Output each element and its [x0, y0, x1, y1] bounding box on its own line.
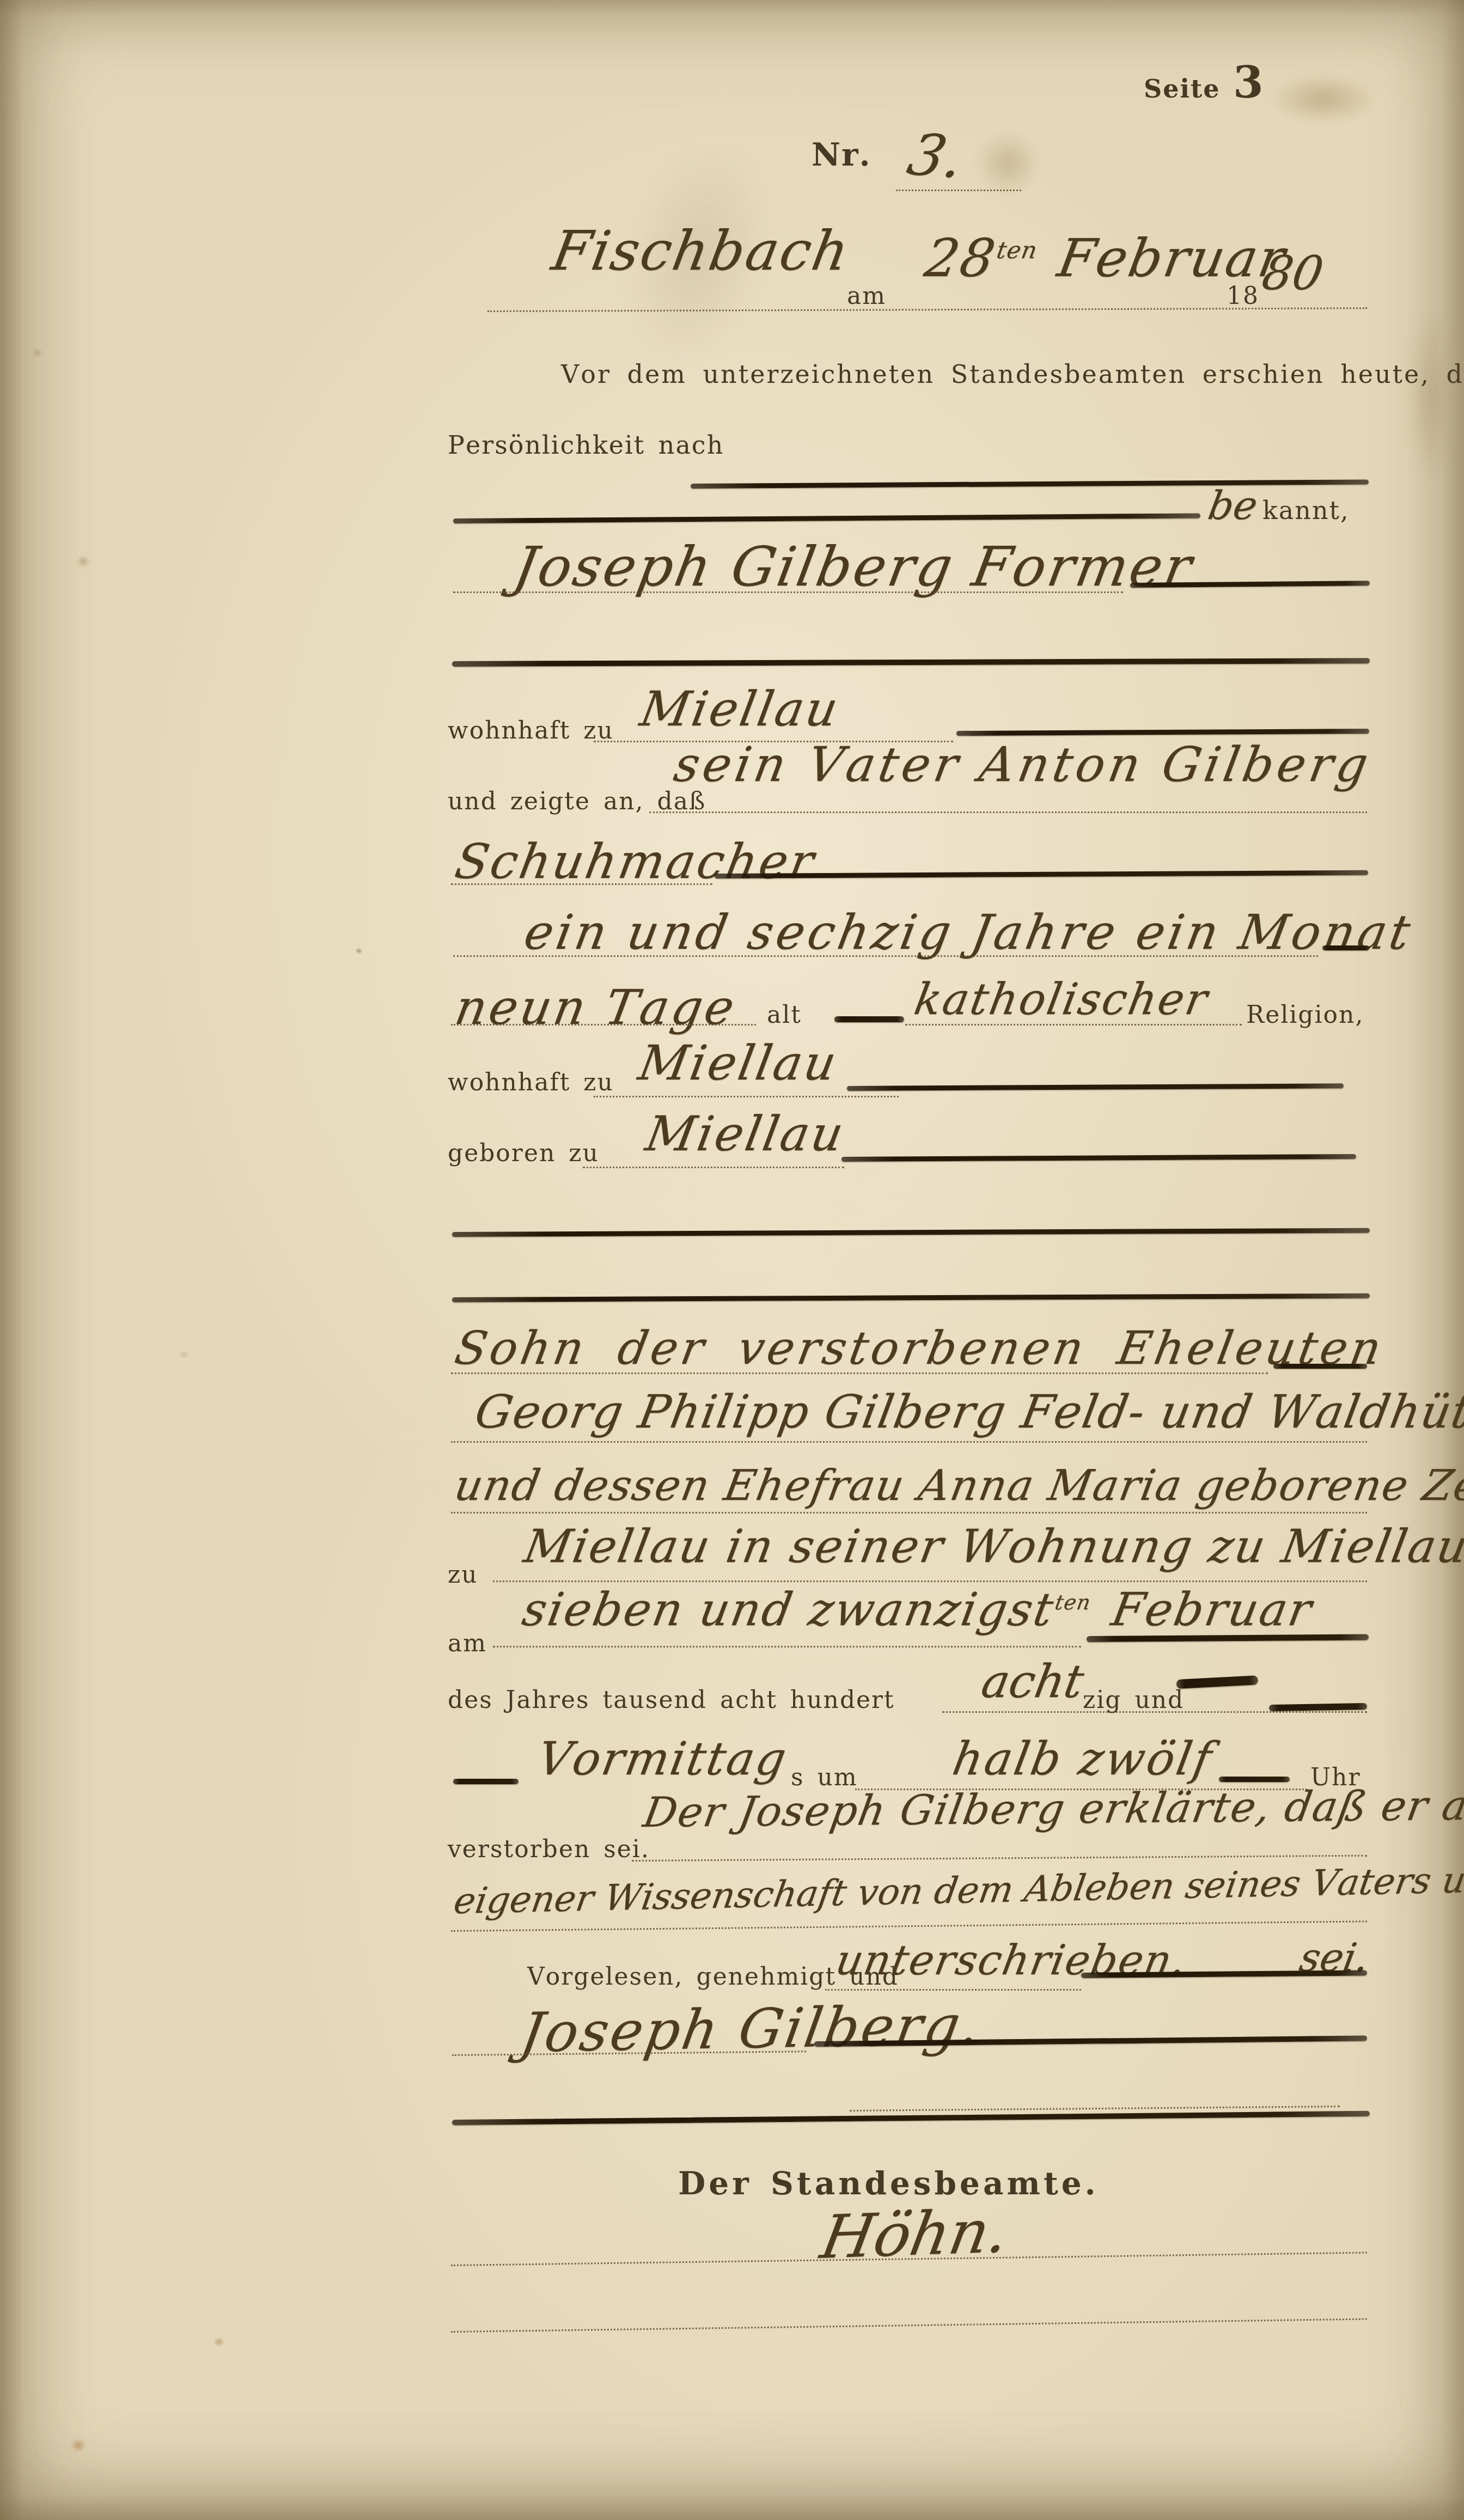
dotted-line: [453, 591, 1123, 593]
personality-label: Persönlichkeit nach: [448, 430, 724, 460]
deceased-occupation: Schuhmacher: [451, 833, 820, 889]
death-day-suffix: ten: [1053, 1590, 1093, 1614]
stain: [213, 2338, 224, 2346]
declarant-residence-value: Miellau: [636, 681, 844, 737]
dateline-day-suffix: ten: [995, 237, 1040, 264]
dotted-line: [451, 2318, 1367, 2333]
ink-stroke: [1087, 1634, 1369, 1642]
declarant-name: Joseph Gilberg Former: [509, 535, 1198, 599]
stain: [71, 2439, 86, 2452]
dateline-month: Februar: [1053, 228, 1291, 289]
rule-line: [452, 2111, 1370, 2125]
record-number-value: 3.: [901, 121, 971, 191]
year-handwritten: 80: [1258, 246, 1327, 301]
age-line1: ein und sechzig Jahre ein Monat: [520, 904, 1418, 960]
ink-stroke: [956, 729, 1369, 736]
ink-stroke: [1176, 1675, 1259, 1689]
ink-stroke: [453, 1779, 518, 1784]
record-number-label: Nr.: [812, 136, 871, 173]
dotted-line: [453, 955, 1318, 957]
ink-stroke: [1322, 945, 1369, 950]
dotted-line: [451, 1920, 1367, 1932]
dotted-line: [451, 1372, 1268, 1374]
registrar-signature: Höhn.: [816, 2196, 1014, 2272]
dotted-line: [594, 1096, 899, 1097]
dateline-place: Fischbach: [547, 219, 855, 283]
dateline-date: 28tenFebruar: [920, 228, 1291, 289]
death-time-value: halb zwölf: [949, 1732, 1217, 1785]
statement-line1: Der Joseph Gilberg erklärte, daß er aus: [640, 1780, 1464, 1836]
death-year-label: des Jahres tausend acht hundert: [448, 1686, 895, 1714]
dotted-line: [493, 1581, 1367, 1582]
death-daytime-value: Vormittag: [534, 1732, 792, 1785]
death-day-value: sieben und zwanzigst: [518, 1583, 1059, 1636]
death-place-value: Miellau in seiner Wohnung zu Miellau: [520, 1520, 1464, 1573]
deceased-residence-label: wohnhaft zu: [448, 1069, 614, 1096]
stain: [33, 349, 42, 357]
page-number: 3: [1233, 57, 1265, 108]
dotted-line: [493, 1646, 1081, 1648]
rule-line: [452, 1293, 1370, 1302]
dotted-line: [451, 883, 712, 885]
religion-label: Religion,: [1246, 1001, 1364, 1029]
declarant-residence-label: wohnhaft zu: [448, 717, 614, 745]
dotted-line: [451, 1441, 1367, 1443]
ink-stroke: [1219, 1777, 1290, 1782]
death-month-value: Februar: [1108, 1583, 1317, 1636]
death-date: sieben und zwanzigsttenFebruar: [518, 1583, 1317, 1636]
death-zu-label: zu: [448, 1561, 478, 1589]
parents-line3: und dessen Ehefrau Anna Maria geborene Z…: [451, 1461, 1464, 1510]
stain: [1269, 74, 1378, 125]
stain: [355, 948, 363, 954]
dotted-line: [905, 1024, 1242, 1026]
rule-line: [452, 658, 1370, 667]
age-line2: neun Tage: [451, 979, 741, 1035]
statement-line2: eigener Wissenschaft von dem Ableben sei…: [451, 1855, 1464, 1922]
death-decade-value: acht: [978, 1655, 1088, 1708]
dotted-line: [896, 190, 1021, 191]
dotted-line: [583, 1167, 844, 1168]
ink-stroke: [834, 1016, 904, 1022]
ink-stroke: [691, 479, 1369, 489]
stain: [1408, 305, 1451, 485]
dotted-line: [632, 1855, 1367, 1862]
rule-line: [452, 1228, 1370, 1237]
dotted-line: [942, 1711, 1367, 1713]
died-label: verstorben sei.: [448, 1835, 650, 1863]
ink-stroke: [847, 1083, 1344, 1091]
birthplace-label: geboren zu: [448, 1139, 599, 1167]
birthplace-value: Miellau: [642, 1106, 850, 1162]
dotted-line: [451, 1512, 1367, 1514]
parents-line2: Georg Philipp Gilberg Feld- und Waldhüte…: [471, 1385, 1464, 1438]
intro-line1: Vor dem unterzeichneten Standesbeamten e…: [561, 359, 1464, 389]
religion-value: katholischer: [911, 974, 1213, 1024]
parents-line1: Sohn der verstorbenen Eheleuten: [451, 1321, 1388, 1375]
ink-stroke: [453, 513, 1200, 523]
known-handwritten: be: [1205, 483, 1261, 528]
ink-stroke: [1269, 1703, 1367, 1711]
deceased-residence-value: Miellau: [635, 1035, 843, 1091]
stain: [180, 1351, 188, 1358]
dotted-line: [649, 811, 1367, 813]
death-decade-label: zig und: [1083, 1686, 1184, 1714]
ink-stroke: [1273, 1364, 1367, 1369]
year-printed-prefix: 18: [1227, 282, 1259, 310]
page-label: Seite: [1144, 74, 1220, 103]
registrar-label: Der Standesbeamte.: [678, 2165, 1099, 2202]
stain: [76, 556, 90, 568]
alt-label: alt: [767, 1001, 802, 1029]
ink-stroke: [841, 1154, 1356, 1162]
dateline-am-label: am: [847, 282, 886, 310]
death-am-label: am: [448, 1630, 487, 1657]
stain: [975, 131, 1040, 196]
death-record-page: Seite 3 Nr. 3. Fischbach am 28tenFebruar…: [0, 0, 1464, 2520]
dotted-line: [825, 1989, 1081, 1991]
dotted-line: [451, 1024, 756, 1026]
dateline-day: 28: [920, 228, 1001, 289]
known-printed: kannt,: [1262, 496, 1350, 525]
dotted-line: [850, 2106, 1340, 2112]
notified-value: sein Vater Anton Gilberg: [670, 736, 1376, 792]
